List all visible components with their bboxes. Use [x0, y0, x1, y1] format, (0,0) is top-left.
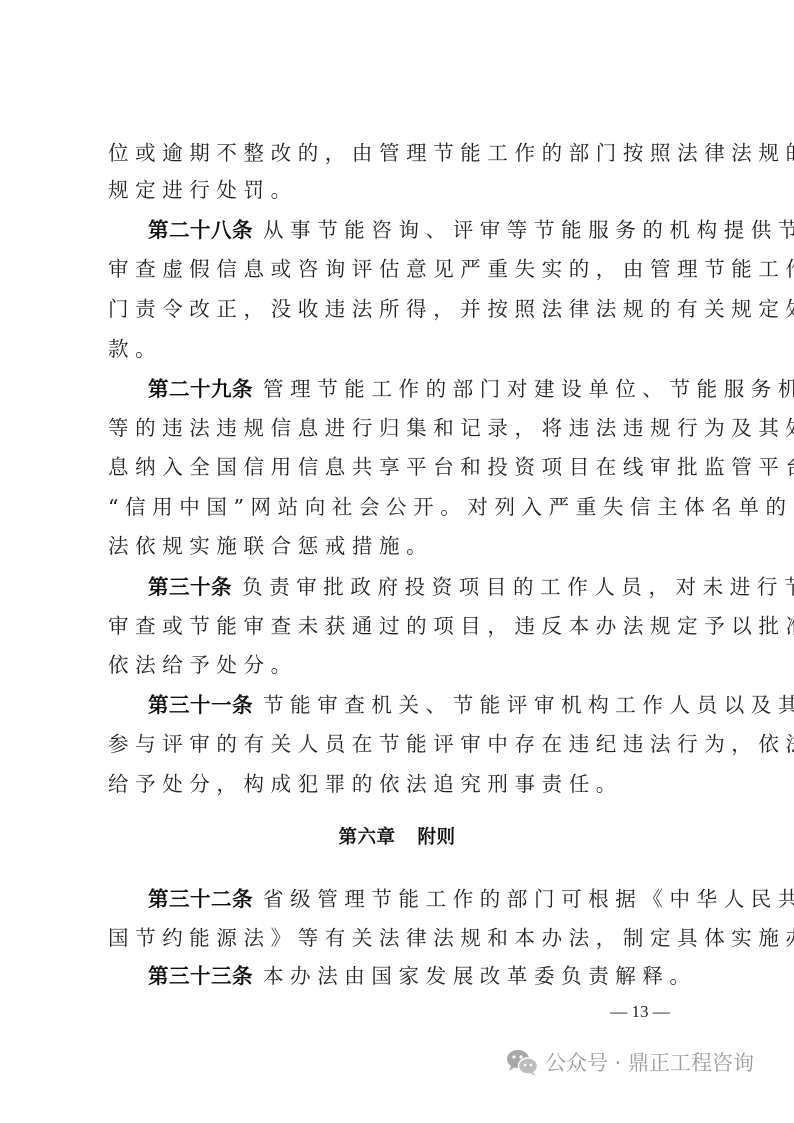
paragraph-line: 国节约能源法》等有关法律法规和本办法，制定具体实施办法。 [108, 924, 686, 952]
article-30-first-line: 第三十条负责审批政府投资项目的工作人员，对未进行节能 [148, 573, 686, 601]
article-29-first-line: 第二十九条管理节能工作的部门对建设单位、节能服务机构 [148, 375, 686, 403]
article-number: 第三十三条 [148, 964, 253, 988]
chapter-heading: 第六章附则 [0, 824, 794, 852]
paragraph-line: 款。 [108, 335, 686, 363]
article-text: 节能审查机关、节能评审机构工作人员以及其他 [263, 693, 794, 717]
paragraph-line: 依法给予处分。 [108, 651, 686, 679]
article-number: 第二十八条 [148, 218, 253, 242]
chapter-number: 第六章 [338, 827, 395, 848]
paragraph-line: 审查或节能审查未获通过的项目，违反本办法规定予以批准的， [108, 612, 686, 640]
chapter-title: 附则 [418, 827, 456, 848]
article-text: 本办法由国家发展改革委负责解释。 [263, 964, 697, 988]
article-32-first-line: 第三十二条省级管理节能工作的部门可根据《中华人民共和 [148, 885, 686, 913]
paragraph-line: 法依规实施联合惩戒措施。 [108, 532, 686, 560]
paragraph-line: 门责令改正，没收违法所得，并按照法律法规的有关规定处罚 [108, 295, 686, 323]
paragraph-line: 位或逾期不整改的，由管理节能工作的部门按照法律法规的有关 [108, 139, 686, 167]
article-text: 省级管理节能工作的部门可根据《中华人民共和 [263, 887, 794, 911]
article-number: 第三十一条 [148, 693, 253, 717]
article-number: 第三十条 [148, 575, 232, 599]
wechat-icon [505, 1047, 539, 1077]
paragraph-line: 给予处分，构成犯罪的依法追究刑事责任。 [108, 770, 686, 798]
article-text: 负责审批政府投资项目的工作人员，对未进行节能 [242, 575, 794, 599]
article-28-first-line: 第二十八条从事节能咨询、评审等节能服务的机构提供节能 [148, 216, 686, 244]
document-page: 位或逾期不整改的，由管理节能工作的部门按照法律法规的有关 规定进行处罚。 第二十… [0, 0, 794, 1123]
article-text: 从事节能咨询、评审等节能服务的机构提供节能 [263, 218, 794, 242]
article-31-first-line: 第三十一条节能审查机关、节能评审机构工作人员以及其他 [148, 691, 686, 719]
article-text: 管理节能工作的部门对建设单位、节能服务机构 [263, 377, 794, 401]
paragraph-line: “信用中国”网站向社会公开。对列入严重失信主体名单的，依 [108, 493, 686, 521]
paragraph-line: 等的违法违规信息进行归集和记录，将违法违规行为及其处理信 [108, 414, 686, 442]
paragraph-line: 规定进行处罚。 [108, 176, 686, 204]
paragraph-line: 参与评审的有关人员在节能评审中存在违纪违法行为，依法依规 [108, 730, 686, 758]
watermark-text: 公众号 · 鼎正工程咨询 [545, 1047, 754, 1077]
article-number: 第二十九条 [148, 377, 253, 401]
paragraph-line: 息纳入全国信用信息共享平台和投资项目在线审批监管平台，在 [108, 453, 686, 481]
watermark: 公众号 · 鼎正工程咨询 [505, 1045, 754, 1079]
article-number: 第三十二条 [148, 887, 253, 911]
article-33-first-line: 第三十三条本办法由国家发展改革委负责解释。 [148, 962, 686, 990]
page-number: — 13 — [600, 1002, 680, 1022]
paragraph-line: 审查虚假信息或咨询评估意见严重失实的，由管理节能工作的部 [108, 255, 686, 283]
